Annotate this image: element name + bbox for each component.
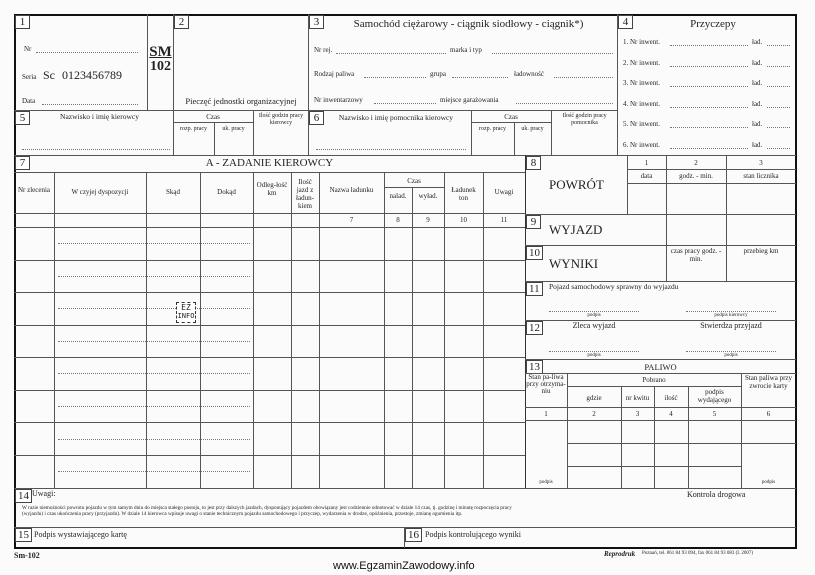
logo-line: EZ xyxy=(177,303,195,312)
divider xyxy=(627,169,796,170)
divider xyxy=(627,183,796,184)
divider xyxy=(525,245,796,246)
where-header: gdzie xyxy=(567,394,621,402)
col-number: 2 xyxy=(567,410,621,418)
garage-label: miejsce garażowania xyxy=(440,96,499,104)
divider xyxy=(412,187,413,488)
section-number: 14 xyxy=(15,489,32,503)
start-work-label: rozp. pracy xyxy=(173,126,214,133)
table-row-field[interactable] xyxy=(58,439,250,440)
divider xyxy=(173,122,253,123)
section-number: 12 xyxy=(526,321,543,335)
driver-signature-label: podpis kierowcy xyxy=(686,312,776,319)
divider xyxy=(525,420,796,421)
divider xyxy=(14,325,525,326)
section-number: 9 xyxy=(526,215,541,229)
divider xyxy=(14,455,525,456)
remarks-note: W razie niemożności powrotu pojazdu w ty… xyxy=(22,506,532,517)
trailers-title: Przyczepy xyxy=(630,18,796,30)
return-title: POWRÓT xyxy=(549,177,604,193)
czas-label: Czas xyxy=(173,113,253,121)
trailer-load-field[interactable] xyxy=(767,45,790,46)
divider xyxy=(200,172,201,488)
driver-name-field[interactable] xyxy=(22,149,170,150)
signature-label: podpis xyxy=(525,479,567,486)
seria-code: Sc xyxy=(43,68,55,83)
trailer-load-field[interactable] xyxy=(767,66,790,67)
footer-form-code: Sm-102 xyxy=(14,551,40,560)
roadworthy-label: Pojazd samochodowy sprawny do wyjazdu xyxy=(549,282,679,291)
grupa-field[interactable] xyxy=(452,77,508,78)
table-header: Ilość jazd z ładun-kiem xyxy=(291,178,319,210)
table-header: Dokąd xyxy=(200,188,253,196)
ez-info-logo: EZ INFO xyxy=(176,302,196,323)
signature-label: podpis xyxy=(741,479,796,486)
section-number: 15 xyxy=(15,528,32,542)
col-number: 10 xyxy=(444,216,483,224)
trailer-inventory-field[interactable] xyxy=(670,45,748,46)
section-number: 10 xyxy=(526,246,543,260)
col-number: 4 xyxy=(654,410,688,418)
vehicle-title: Samochód ciężarowy - ciągnik siodłowy - … xyxy=(320,18,617,30)
controller-signature-label: Podpis kontrolującego wyniki xyxy=(425,530,521,539)
divider xyxy=(567,443,796,444)
col-number: 9 xyxy=(412,216,444,224)
section-number: 11 xyxy=(526,282,543,296)
col-number: 3 xyxy=(621,410,654,418)
arrival-label: Stwierdza przyjazd xyxy=(686,321,776,330)
printer-info: Poznań, tel. 061 84 93 094, fax 061 84 9… xyxy=(642,551,753,556)
helper-name-label: Nazwisko i imię pomocnika kierowcy xyxy=(322,113,470,122)
road-control-label: Kontrola drogowa xyxy=(687,490,745,499)
marka-field[interactable] xyxy=(492,53,613,54)
start-work-label: rozp. pracy xyxy=(471,126,514,133)
divider xyxy=(253,172,254,488)
fuel-received-header: Stan pa-liwa przy otrzyma-niu xyxy=(525,374,567,395)
section-number: 2 xyxy=(174,15,189,29)
divider xyxy=(525,359,796,360)
section-number: 8 xyxy=(526,156,541,170)
divider xyxy=(14,155,796,156)
end-work-label: uk. pracy xyxy=(514,126,551,133)
data-label: Data xyxy=(22,97,35,105)
trailer-inventory-field[interactable] xyxy=(670,107,748,108)
col-number: 1 xyxy=(525,410,567,418)
divider xyxy=(741,373,742,488)
divider xyxy=(525,407,796,408)
issuer-signature-header: podpis wydającego xyxy=(688,388,741,404)
nr-rej-label: Nr rej. xyxy=(314,46,332,54)
time-header: godz. - min. xyxy=(666,172,726,180)
trailer-load-field[interactable] xyxy=(767,86,790,87)
divider xyxy=(14,260,525,261)
signature-label: podpis xyxy=(549,352,639,359)
quantity-header: ilość xyxy=(654,394,688,402)
trailer-row-label: 3. Nr inwent. xyxy=(623,79,660,87)
signature-label: podpis xyxy=(549,312,639,319)
czas-header: Czas xyxy=(384,177,444,185)
divider xyxy=(525,214,796,215)
mileage-header: przebieg km xyxy=(726,247,796,255)
collected-header: Pobrano xyxy=(567,376,741,384)
trailer-inventory-field[interactable] xyxy=(670,148,748,149)
helper-name-field[interactable] xyxy=(316,149,466,150)
trailer-load-field[interactable] xyxy=(767,148,790,149)
table-header: wyład. xyxy=(412,192,444,200)
divider xyxy=(14,292,525,293)
section-number: 16 xyxy=(405,528,422,542)
table-row-field[interactable] xyxy=(58,406,250,407)
fuel-type-label: Rodzaj paliwa xyxy=(314,70,354,78)
seria-label: Seria xyxy=(22,73,36,81)
dispatch-label: Zleca wyjazd xyxy=(549,321,639,330)
divider xyxy=(54,172,55,488)
signature-label: podpis xyxy=(686,352,776,359)
helper-hours-label: Ilość godzin pracy pomocnika xyxy=(552,113,617,127)
table-header: Odleg-łość km xyxy=(253,181,291,197)
issuer-signature-label: Podpis wystawiającego kartę xyxy=(34,530,127,539)
divider xyxy=(14,172,525,173)
divider xyxy=(471,122,551,123)
logo-line: INFO xyxy=(177,312,195,321)
trailer-inventory-field[interactable] xyxy=(670,66,748,67)
table-row-field[interactable] xyxy=(58,243,250,244)
odometer-header: stan licznika xyxy=(726,172,796,180)
results-title: WYNIKI xyxy=(549,256,598,272)
divider xyxy=(14,488,796,489)
divider xyxy=(14,390,525,391)
driver-name-label: Nazwisko i imię kierowcy xyxy=(26,113,173,121)
col-number: 7 xyxy=(319,216,384,224)
divider xyxy=(308,14,309,155)
marka-label: marka i typ xyxy=(450,46,482,54)
trailer-row-label: 6. Nr inwent. xyxy=(623,141,660,149)
trailer-row-label: 1. Nr inwent. xyxy=(623,38,660,46)
seria-value: 0123456789 xyxy=(62,68,122,83)
stamp-label: Pieczęć jednostki organizacyjnej xyxy=(174,96,308,106)
inventory-label: Nr inwentarzowy xyxy=(314,96,363,104)
printer-brand: Reprodruk xyxy=(604,550,635,558)
form-code: SM xyxy=(148,45,173,59)
table-header: Uwagi xyxy=(483,188,525,196)
divider xyxy=(384,187,444,188)
table-header: Ładunek ton xyxy=(444,186,483,202)
trailer-inventory-field[interactable] xyxy=(670,86,748,87)
trailer-load-label: ład. xyxy=(752,100,762,108)
table-row-field[interactable] xyxy=(58,308,250,309)
date-header: data xyxy=(627,172,666,180)
trailer-row-label: 4. Nr inwent. xyxy=(623,100,660,108)
divider xyxy=(567,373,568,488)
table-row-field[interactable] xyxy=(58,471,250,472)
departure-title: WYJAZD xyxy=(549,222,602,238)
task-title: A - ZADANIE KIEROWCY xyxy=(14,157,525,169)
col-number: 11 xyxy=(483,216,525,224)
table-header: Nazwa ładunku xyxy=(319,186,384,194)
divider xyxy=(14,357,525,358)
divider xyxy=(146,172,147,488)
col-number: 5 xyxy=(688,410,741,418)
work-time-header: czas pracy godz. - min. xyxy=(666,247,726,263)
table-row-field[interactable] xyxy=(58,341,250,342)
fuel-title: PALIWO xyxy=(525,362,796,372)
grupa-label: grupa xyxy=(430,70,446,78)
inventory-field[interactable] xyxy=(374,103,436,104)
trailer-load-label: ład. xyxy=(752,79,762,87)
remarks-label: Uwagi: xyxy=(32,489,56,498)
driver-hours-label: Ilość godzin pracy kierowcy xyxy=(254,113,308,127)
ladownosc-label: ładowność xyxy=(514,70,544,78)
data-field[interactable] xyxy=(42,104,138,105)
table-row-field[interactable] xyxy=(58,276,250,277)
trailer-load-field[interactable] xyxy=(767,127,790,128)
col-number: 1 xyxy=(627,159,666,167)
section-number: 1 xyxy=(15,15,30,29)
receipt-no-header: nr kwitu xyxy=(621,394,654,402)
col-number: 8 xyxy=(384,216,412,224)
table-header: W czyjej dyspozycji xyxy=(54,188,146,196)
trailer-row-label: 2. Nr inwent. xyxy=(623,59,660,67)
table-header: Nr zlecenia xyxy=(14,186,54,194)
table-row-field[interactable] xyxy=(58,373,250,374)
divider xyxy=(14,422,525,423)
trailer-row-label: 5. Nr inwent. xyxy=(623,120,660,128)
table-header: nalad. xyxy=(384,192,412,200)
fuel-type-field[interactable] xyxy=(364,77,426,78)
form-code-number: 102 xyxy=(148,60,173,74)
czas-label: Czas xyxy=(471,113,551,121)
watermark-link[interactable]: www.EgzaminZawodowy.info xyxy=(333,560,475,572)
trailer-load-label: ład. xyxy=(752,38,762,46)
trailer-inventory-field[interactable] xyxy=(670,127,748,128)
divider xyxy=(14,213,525,214)
divider xyxy=(14,227,525,228)
col-number: 2 xyxy=(666,159,726,167)
nr-label: Nr xyxy=(24,45,31,53)
trailer-load-label: ład. xyxy=(752,120,762,128)
nr-field[interactable] xyxy=(36,52,138,53)
trailer-load-label: ład. xyxy=(752,141,762,149)
col-number: 3 xyxy=(726,159,796,167)
table-header: Skąd xyxy=(146,188,200,196)
garage-field[interactable] xyxy=(516,103,613,104)
trailer-load-field[interactable] xyxy=(767,107,790,108)
divider xyxy=(291,172,292,488)
end-work-label: uk. pracy xyxy=(214,126,253,133)
divider xyxy=(617,14,618,155)
fuel-return-header: Stan paliwa przy zwrocie karty xyxy=(741,374,796,390)
trailer-load-label: ład. xyxy=(752,59,762,67)
nr-rej-field[interactable] xyxy=(336,53,446,54)
ladownosc-field[interactable] xyxy=(554,77,613,78)
col-number: 6 xyxy=(741,410,796,418)
divider xyxy=(567,466,741,467)
